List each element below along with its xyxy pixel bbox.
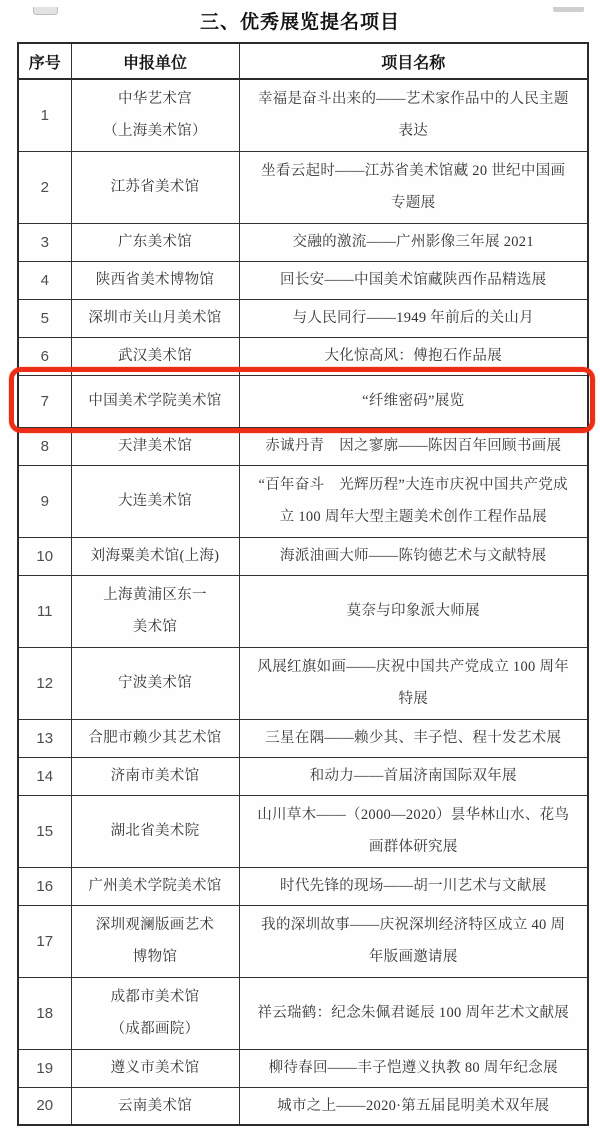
row-number-cell: 12 [18, 647, 71, 719]
header-applicant-unit: 申报单位 [71, 43, 239, 79]
unit-cell: 济南市美术馆 [71, 757, 239, 795]
row-number-cell: 2 [18, 151, 71, 223]
table-row: 18成都市美术馆 （成都画院）祥云瑞鹤：纪念朱佩君诞辰 100 周年艺术文献展 [18, 977, 588, 1049]
row-number-cell: 17 [18, 905, 71, 977]
row-number-cell: 11 [18, 575, 71, 647]
project-cell: 山川草木——（2000—2020）昙华林山水、花鸟 画群体研究展 [239, 795, 588, 867]
table-row: 5深圳市关山月美术馆与人民同行——1949 年前后的关山月 [18, 299, 588, 337]
table-row: 3广东美术馆交融的激流——广州影像三年展 2021 [18, 223, 588, 261]
table-row: 4陕西省美术博物馆回长安——中国美术馆藏陕西作品精选展 [18, 261, 588, 299]
unit-cell: 宁波美术馆 [71, 647, 239, 719]
table-row: 1中华艺术宫 （上海美术馆）幸福是奋斗出来的——艺术家作品中的人民主题 表达 [18, 79, 588, 151]
unit-cell: 上海黄浦区东一 美术馆 [71, 575, 239, 647]
project-cell: 风展红旗如画——庆祝中国共产党成立 100 周年 特展 [239, 647, 588, 719]
row-number-cell: 15 [18, 795, 71, 867]
nomination-table: 序号 申报单位 项目名称 1中华艺术宫 （上海美术馆）幸福是奋斗出来的——艺术家… [17, 42, 589, 1126]
table-row: 2江苏省美术馆坐看云起时——江苏省美术馆藏 20 世纪中国画 专题展 [18, 151, 588, 223]
unit-cell: 云南美术馆 [71, 1087, 239, 1125]
table-row: 7中国美术学院美术馆“纤维密码”展览 [18, 375, 588, 427]
project-cell: 我的深圳故事——庆祝深圳经济特区成立 40 周 年版画邀请展 [239, 905, 588, 977]
row-number-cell: 20 [18, 1087, 71, 1125]
row-number-cell: 16 [18, 867, 71, 905]
row-number-cell: 7 [18, 375, 71, 427]
unit-cell: 广东美术馆 [71, 223, 239, 261]
unit-cell: 广州美术学院美术馆 [71, 867, 239, 905]
row-number-cell: 19 [18, 1049, 71, 1087]
table-row: 10刘海粟美术馆(上海)海派油画大师——陈钧德艺术与文献特展 [18, 537, 588, 575]
unit-cell: 大连美术馆 [71, 465, 239, 537]
project-cell: 赤诚丹青 因之寥廓——陈因百年回顾书画展 [239, 427, 588, 465]
project-cell: 海派油画大师——陈钧德艺术与文献特展 [239, 537, 588, 575]
row-number-cell: 5 [18, 299, 71, 337]
table-row: 15湖北省美术院山川草木——（2000—2020）昙华林山水、花鸟 画群体研究展 [18, 795, 588, 867]
project-cell: 与人民同行——1949 年前后的关山月 [239, 299, 588, 337]
row-number-cell: 13 [18, 719, 71, 757]
header-project-name: 项目名称 [239, 43, 588, 79]
unit-cell: 合肥市赖少其艺术馆 [71, 719, 239, 757]
cutoff-fragment-top-left [33, 7, 58, 15]
row-number-cell: 6 [18, 337, 71, 375]
cutoff-fragment-top-right [553, 7, 584, 12]
project-cell: 坐看云起时——江苏省美术馆藏 20 世纪中国画 专题展 [239, 151, 588, 223]
row-number-cell: 14 [18, 757, 71, 795]
row-number-cell: 4 [18, 261, 71, 299]
unit-cell: 湖北省美术院 [71, 795, 239, 867]
project-cell: 时代先锋的现场——胡一川艺术与文献展 [239, 867, 588, 905]
unit-cell: 刘海粟美术馆(上海) [71, 537, 239, 575]
table-row: 19遵义市美术馆柳待春回——丰子恺遵义执教 80 周年纪念展 [18, 1049, 588, 1087]
row-number-cell: 8 [18, 427, 71, 465]
project-cell: 交融的激流——广州影像三年展 2021 [239, 223, 588, 261]
project-cell: 回长安——中国美术馆藏陕西作品精选展 [239, 261, 588, 299]
project-cell: 莫奈与印象派大师展 [239, 575, 588, 647]
project-cell: 柳待春回——丰子恺遵义执教 80 周年纪念展 [239, 1049, 588, 1087]
table-row: 11上海黄浦区东一 美术馆莫奈与印象派大师展 [18, 575, 588, 647]
nomination-table-wrap: 序号 申报单位 项目名称 1中华艺术宫 （上海美术馆）幸福是奋斗出来的——艺术家… [17, 42, 587, 1126]
table-row: 17深圳观澜版画艺术 博物馆我的深圳故事——庆祝深圳经济特区成立 40 周 年版… [18, 905, 588, 977]
table-row: 8天津美术馆赤诚丹青 因之寥廓——陈因百年回顾书画展 [18, 427, 588, 465]
project-cell: 城市之上——2020·第五届昆明美术双年展 [239, 1087, 588, 1125]
unit-cell: 武汉美术馆 [71, 337, 239, 375]
unit-cell: 中华艺术宫 （上海美术馆） [71, 79, 239, 151]
table-body: 1中华艺术宫 （上海美术馆）幸福是奋斗出来的——艺术家作品中的人民主题 表达2江… [18, 79, 588, 1125]
table-row: 14济南市美术馆和动力——首届济南国际双年展 [18, 757, 588, 795]
project-cell: 和动力——首届济南国际双年展 [239, 757, 588, 795]
unit-cell: 陕西省美术博物馆 [71, 261, 239, 299]
row-number-cell: 10 [18, 537, 71, 575]
project-cell: 大化惊高风：傅抱石作品展 [239, 337, 588, 375]
table-row: 13合肥市赖少其艺术馆三星在隅——赖少其、丰子恺、程十发艺术展 [18, 719, 588, 757]
project-cell: 祥云瑞鹤：纪念朱佩君诞辰 100 周年艺术文献展 [239, 977, 588, 1049]
project-cell: 幸福是奋斗出来的——艺术家作品中的人民主题 表达 [239, 79, 588, 151]
project-cell: 三星在隅——赖少其、丰子恺、程十发艺术展 [239, 719, 588, 757]
row-number-cell: 1 [18, 79, 71, 151]
table-row: 6武汉美术馆大化惊高风：傅抱石作品展 [18, 337, 588, 375]
table-row: 12宁波美术馆风展红旗如画——庆祝中国共产党成立 100 周年 特展 [18, 647, 588, 719]
table-row: 16广州美术学院美术馆时代先锋的现场——胡一川艺术与文献展 [18, 867, 588, 905]
unit-cell: 中国美术学院美术馆 [71, 375, 239, 427]
unit-cell: 深圳市关山月美术馆 [71, 299, 239, 337]
project-cell: “百年奋斗 光辉历程”大连市庆祝中国共产党成 立 100 周年大型主题美术创作工… [239, 465, 588, 537]
unit-cell: 深圳观澜版画艺术 博物馆 [71, 905, 239, 977]
row-number-cell: 9 [18, 465, 71, 537]
unit-cell: 遵义市美术馆 [71, 1049, 239, 1087]
unit-cell: 江苏省美术馆 [71, 151, 239, 223]
document-page: 三、优秀展览提名项目 序号 申报单位 项目名称 1中华艺术宫 （上海美术馆）幸福… [0, 7, 600, 1129]
table-row: 20云南美术馆城市之上——2020·第五届昆明美术双年展 [18, 1087, 588, 1125]
unit-cell: 天津美术馆 [71, 427, 239, 465]
row-number-cell: 3 [18, 223, 71, 261]
unit-cell: 成都市美术馆 （成都画院） [71, 977, 239, 1049]
table-row: 9大连美术馆“百年奋斗 光辉历程”大连市庆祝中国共产党成 立 100 周年大型主… [18, 465, 588, 537]
row-number-cell: 18 [18, 977, 71, 1049]
header-serial-number: 序号 [18, 43, 71, 79]
page-title: 三、优秀展览提名项目 [0, 7, 600, 34]
project-cell: “纤维密码”展览 [239, 375, 588, 427]
table-header: 序号 申报单位 项目名称 [18, 43, 588, 79]
